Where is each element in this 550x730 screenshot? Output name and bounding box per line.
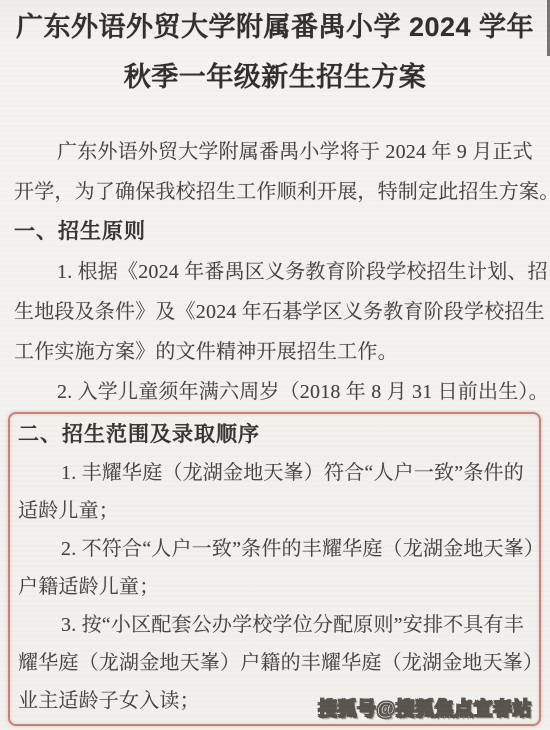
section-1-paragraph-line: 生地段及条件》及《2024 年石碁学区义务教育阶段学校招生 bbox=[14, 292, 538, 332]
section-2-paragraph-line: 耀华庭（龙湖金地天峯）户籍的丰耀华庭（龙湖金地天峯） bbox=[18, 644, 533, 682]
section-2-paragraph-line: 2. 不符合“人户一致”条件的丰耀华庭（龙湖金地天峯） bbox=[18, 530, 533, 568]
section-2-heading: 二、招生范围及录取顺序 bbox=[18, 416, 533, 454]
section-2-paragraph-line: 1. 丰耀华庭（龙湖金地天峯）符合“人户一致”条件的 bbox=[18, 454, 533, 492]
watermark: 搜狐号@搜狐焦点宜春站 bbox=[318, 694, 532, 721]
intro-paragraph-line: 开学，为了确保我校招生工作顺利开展，特制定此招生方案。 bbox=[14, 172, 538, 212]
document-title-line-2: 秋季一年级新生招生方案 bbox=[0, 52, 550, 102]
document-page: 广东外语外贸大学附属番禺小学 2024 学年 秋季一年级新生招生方案 广东外语外… bbox=[0, 0, 550, 730]
intro-paragraph-line: 广东外语外贸大学附属番禺小学将于 2024 年 9 月正式 bbox=[14, 132, 538, 172]
section-2-paragraph-line: 适龄儿童； bbox=[18, 492, 533, 530]
section-1-paragraph-line: 1. 根据《2024 年番禺区义务教育阶段学校招生计划、招 bbox=[14, 252, 538, 292]
document-title-line-1: 广东外语外贸大学附属番禺小学 2024 学年 bbox=[0, 2, 550, 52]
highlight-box: 二、招生范围及录取顺序 1. 丰耀华庭（龙湖金地天峯）符合“人户一致”条件的 适… bbox=[8, 412, 541, 726]
section-1-heading: 一、招生原则 bbox=[14, 212, 538, 252]
document-body: 广东外语外贸大学附属番禺小学将于 2024 年 9 月正式 开学，为了确保我校招… bbox=[0, 132, 550, 412]
section-2-paragraph-line: 户籍适龄儿童； bbox=[18, 568, 533, 606]
section-1-paragraph-line: 工作实施方案》的文件精神开展招生工作。 bbox=[14, 332, 538, 372]
document-title: 广东外语外贸大学附属番禺小学 2024 学年 秋季一年级新生招生方案 bbox=[0, 0, 550, 102]
section-1-paragraph-line: 2. 入学儿童须年满六周岁（2018 年 8 月 31 日前出生）。 bbox=[14, 372, 538, 412]
section-2-paragraph-line: 3. 按“小区配套公办学校学位分配原则”安排不具有丰 bbox=[18, 606, 533, 644]
